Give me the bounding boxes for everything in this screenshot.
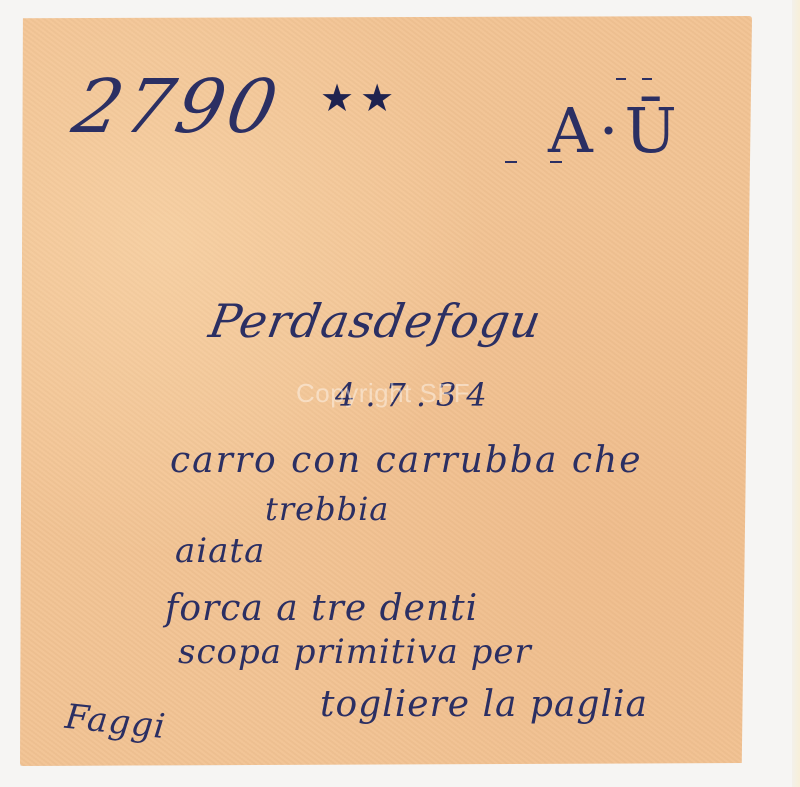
copyright-watermark: Copyright SFF (296, 378, 470, 409)
underline-mark (550, 161, 562, 163)
overline-mark (642, 78, 652, 80)
note-line: trebbia (265, 490, 389, 528)
adjacent-paper-edge (792, 0, 800, 787)
signature: Faggi (63, 697, 168, 747)
note-line: carro con carrubba che (170, 440, 643, 481)
note-line: aiata (175, 531, 265, 571)
note-line: forca a tre denti (165, 588, 478, 629)
collector-initials: A·Ū (548, 94, 683, 167)
overline-mark (616, 78, 626, 80)
star-marks-icon: ★★ (320, 76, 400, 120)
catalog-number: 2790 (66, 64, 289, 150)
place-name: Perdasdefogu (205, 294, 546, 348)
note-line: togliere la paglia (320, 684, 648, 725)
underline-mark (505, 161, 517, 163)
note-line: scopa primitiva per (178, 632, 532, 672)
